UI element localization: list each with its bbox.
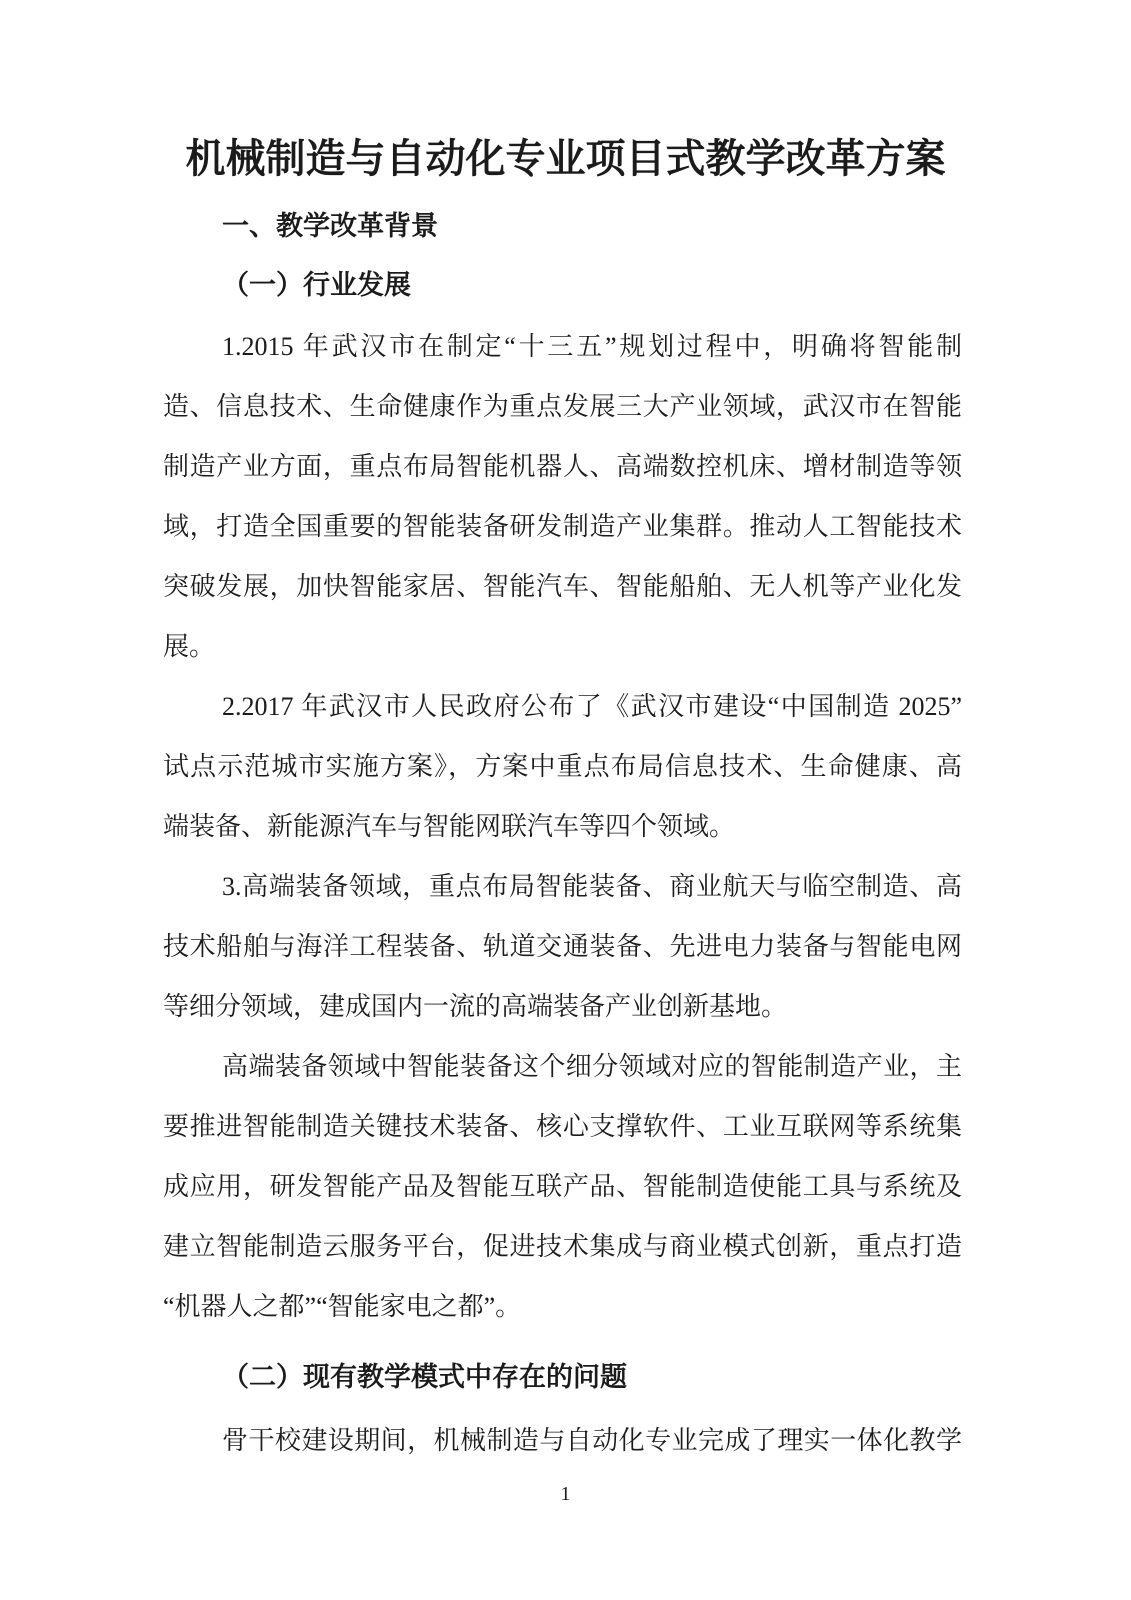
paragraph-line: 域，打造全国重要的智能装备研发制造产业集群。推动人工智能技术 bbox=[163, 511, 962, 543]
paragraph-line: 3.高端装备领域，重点布局智能装备、商业航天与临空制造、高 bbox=[163, 871, 962, 903]
document-page: 机械制造与自动化专业项目式教学改革方案 一、教学改革背景 （一）行业发展 1.2… bbox=[0, 0, 1131, 1600]
paragraph-line: 1.2015 年武汉市在制定“十三五”规划过程中，明确将智能制 bbox=[163, 331, 962, 363]
paragraph-line: 等细分领域，建成国内一流的高端装备产业创新基地。 bbox=[163, 991, 962, 1023]
paragraph-line: 造、信息技术、生命健康作为重点发展三大产业领域，武汉市在智能 bbox=[163, 391, 962, 423]
paragraph-line: 试点示范城市实施方案》，方案中重点布局信息技术、生命健康、高 bbox=[163, 751, 962, 783]
paragraph-line: 制造产业方面，重点布局智能机器人、高端数控机床、增材制造等领 bbox=[163, 451, 962, 483]
paragraph-line: 成应用，研发智能产品及智能互联产品、智能制造使能工具与系统及 bbox=[163, 1171, 962, 1203]
paragraph-line: 高端装备领域中智能装备这个细分领域对应的智能制造产业，主 bbox=[163, 1051, 962, 1083]
subsection-heading-industry: （一）行业发展 bbox=[222, 269, 411, 303]
document-title: 机械制造与自动化专业项目式教学改革方案 bbox=[0, 134, 1131, 184]
paragraph-line: 骨干校建设期间，机械制造与自动化专业完成了理实一体化教学 bbox=[163, 1425, 962, 1457]
paragraph-line: 技术船舶与海洋工程装备、轨道交通装备、先进电力装备与智能电网 bbox=[163, 931, 962, 963]
paragraph-line: 突破发展，加快智能家居、智能汽车、智能船舶、无人机等产业化发 bbox=[163, 571, 962, 603]
paragraph-line: 端装备、新能源汽车与智能网联汽车等四个领域。 bbox=[163, 811, 962, 843]
paragraph-line: 建立智能制造云服务平台，促进技术集成与商业模式创新，重点打造 bbox=[163, 1231, 962, 1263]
paragraph-line: 要推进智能制造关键技术装备、核心支撑软件、工业互联网等系统集 bbox=[163, 1111, 962, 1143]
page-number: 1 bbox=[0, 1481, 1131, 1507]
section-heading-1: 一、教学改革背景 bbox=[222, 210, 438, 244]
paragraph-line: 展。 bbox=[163, 631, 962, 663]
paragraph-line: 2.2017 年武汉市人民政府公布了《武汉市建设“中国制造 2025” bbox=[163, 691, 962, 723]
paragraph-line: “机器人之都”“智能家电之都”。 bbox=[163, 1291, 962, 1323]
subsection-heading-problems: （二）现有教学模式中存在的问题 bbox=[222, 1361, 627, 1395]
